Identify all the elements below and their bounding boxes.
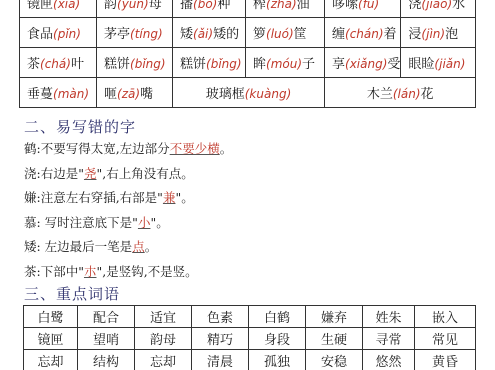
- pinyin-row: 镜匣(xiá)韵(yùn)母播(bō)种榨(zhà)油哆嗦(fū)浇(jiāo)…: [20, 0, 476, 18]
- pinyin-annotation: (tíng): [130, 27, 163, 41]
- hanzi-text: 矮: [180, 27, 193, 42]
- word-cell: 色素: [192, 306, 249, 328]
- hanzi-text: 子: [302, 57, 315, 72]
- pinyin-cell: 浸(jìn)泡: [401, 18, 476, 48]
- pinyin-annotation: (kuàng): [245, 87, 292, 101]
- hanzi-text: 咂: [104, 87, 117, 102]
- word-cell: 镜匣: [24, 328, 78, 350]
- word-cell: 忘却: [135, 350, 192, 370]
- hanzi-text: 眼睑: [408, 57, 434, 72]
- pinyin-cell: 食品(pǐn): [20, 18, 97, 48]
- word-cell: 嫌弃: [306, 306, 363, 328]
- pinyin-cell: 玻璃框(kuàng): [173, 78, 325, 108]
- pinyin-cell: 眸(móu)子: [246, 48, 325, 78]
- pinyin-annotation: (jiǎn): [434, 57, 465, 71]
- hanzi-text: 糕饼: [180, 57, 206, 72]
- highlighted-correction: 小: [138, 215, 151, 230]
- word-cell: 嵌入: [415, 306, 476, 328]
- error-note: 矮: 左边最后一笔是点。: [24, 237, 157, 255]
- section-title-key-words: 三、重点词语: [24, 283, 120, 304]
- hanzi-text: 榨: [253, 0, 266, 12]
- word-cell: 韵母: [135, 328, 192, 350]
- note-text: 。: [145, 239, 158, 254]
- hanzi-text: 筐: [294, 27, 307, 42]
- pinyin-annotation: (xiá): [53, 0, 80, 11]
- pinyin-cell: 韵(yùn)母: [97, 0, 173, 18]
- note-text: 矮: 左边最后一笔是: [24, 239, 132, 254]
- error-note: 慕: 写时注意底下是"小"。: [24, 213, 169, 231]
- pinyin-annotation: (zā): [117, 87, 140, 101]
- hanzi-text: 垂蔓: [27, 87, 53, 102]
- error-note: 茶:下部中"朩",是竖钩,不是竖。: [24, 262, 198, 280]
- word-cell: 安稳: [306, 350, 363, 370]
- pinyin-cell: 木兰(lán)花: [325, 78, 476, 108]
- hanzi-text: 茅亭: [104, 27, 130, 42]
- pinyin-cell: 浇(jiāo)水: [401, 0, 476, 18]
- hanzi-text: 食品: [27, 27, 53, 42]
- words-row: 镜匣望哨韵母精巧身段生硬寻常常见: [24, 328, 476, 350]
- pinyin-cell: 缠(chán)着: [325, 18, 401, 48]
- note-text: ",右上角没有点。: [96, 166, 193, 181]
- hanzi-text: 矮的: [213, 27, 239, 42]
- pinyin-annotation: (jiāo): [421, 0, 452, 11]
- hanzi-text: 木兰: [367, 87, 393, 102]
- pinyin-cell: 垂蔓(màn): [20, 78, 97, 108]
- word-cell: 忘却: [24, 350, 78, 370]
- pinyin-annotation: (fū): [358, 0, 379, 11]
- hanzi-text: 韵: [104, 0, 117, 12]
- note-text: 鹤:不要写得太宽,左边部分: [24, 141, 170, 156]
- pinyin-annotation: (luó): [266, 27, 294, 41]
- pinyin-annotation: (zhà): [266, 0, 297, 11]
- word-cell: 生硬: [306, 328, 363, 350]
- hanzi-text: 箩: [253, 27, 266, 42]
- hanzi-text: 眸: [253, 57, 266, 72]
- hanzi-text: 嘴: [140, 87, 153, 102]
- pinyin-cell: 榨(zhà)油: [246, 0, 325, 18]
- hanzi-text: 水: [452, 0, 465, 12]
- hanzi-text: 缠: [332, 27, 345, 42]
- pinyin-annotation: (xiǎng): [345, 57, 387, 71]
- pinyin-cell: 糕饼(bǐng): [173, 48, 246, 78]
- pinyin-annotation: (bǐng): [130, 57, 166, 71]
- word-cell: 黄昏: [415, 350, 476, 370]
- words-row: 白鹭配合适宜色素白鹤嫌弃姓朱嵌入: [24, 306, 476, 328]
- pinyin-cell: 播(bō)种: [173, 0, 246, 18]
- pinyin-cell: 茶(chá)叶: [20, 48, 97, 78]
- hanzi-text: 油: [297, 0, 310, 12]
- pinyin-cell: 享(xiǎng)受: [325, 48, 401, 78]
- hanzi-text: 泡: [445, 27, 458, 42]
- hanzi-text: 糕饼: [104, 57, 130, 72]
- highlighted-correction: 点: [132, 239, 145, 254]
- pinyin-cell: 箩(luó)筐: [246, 18, 325, 48]
- pinyin-annotation: (chá): [40, 57, 71, 71]
- hanzi-text: 哆嗦: [332, 0, 358, 12]
- pinyin-annotation: (bō): [193, 0, 217, 11]
- hanzi-text: 着: [384, 27, 397, 42]
- word-cell: 配合: [78, 306, 135, 328]
- note-text: 。: [220, 141, 233, 156]
- pinyin-annotation: (lán): [393, 87, 421, 101]
- note-text: 嫌:注意左右穿插,右部是": [24, 190, 163, 205]
- pinyin-annotation: (ǎi): [193, 27, 213, 41]
- note-text: "。: [150, 215, 168, 230]
- hanzi-text: 母: [149, 0, 162, 12]
- key-words-table: 白鹭配合适宜色素白鹤嫌弃姓朱嵌入镜匣望哨韵母精巧身段生硬寻常常见忘却结构忘却清晨…: [23, 305, 476, 370]
- pinyin-annotation: (màn): [53, 87, 89, 101]
- word-cell: 孤独: [249, 350, 306, 370]
- hanzi-text: 受: [387, 57, 400, 72]
- word-cell: 身段: [249, 328, 306, 350]
- note-text: ",是竖钩,不是竖。: [96, 264, 197, 279]
- hanzi-text: 浇: [408, 0, 421, 12]
- pinyin-cell: 眼睑(jiǎn): [401, 48, 476, 78]
- note-text: "。: [175, 190, 193, 205]
- hanzi-text: 茶: [27, 57, 40, 72]
- word-cell: 姓朱: [363, 306, 415, 328]
- word-cell: 结构: [78, 350, 135, 370]
- note-text: 慕: 写时注意底下是": [24, 215, 138, 230]
- pinyin-cell: 哆嗦(fū): [325, 0, 401, 18]
- word-cell: 白鹭: [24, 306, 78, 328]
- pinyin-annotation: (móu): [266, 57, 302, 71]
- pinyin-row: 茶(chá)叶糕饼(bǐng)糕饼(bǐng)眸(móu)子享(xiǎng)受眼…: [20, 48, 476, 78]
- word-cell: 悠然: [363, 350, 415, 370]
- pinyin-annotation: (chán): [345, 27, 384, 41]
- word-cell: 清晨: [192, 350, 249, 370]
- words-row: 忘却结构忘却清晨孤独安稳悠然黄昏: [24, 350, 476, 370]
- pinyin-cell: 茅亭(tíng): [97, 18, 173, 48]
- pinyin-cell: 镜匣(xiá): [20, 0, 97, 18]
- hanzi-text: 叶: [71, 57, 84, 72]
- hanzi-text: 浸: [408, 27, 421, 42]
- section-title-error-prone: 二、易写错的字: [24, 116, 136, 137]
- hanzi-text: 花: [421, 87, 434, 102]
- pinyin-row: 垂蔓(màn)咂(zā)嘴玻璃框(kuàng)木兰(lán)花: [20, 78, 476, 108]
- pinyin-cell: 糕饼(bǐng): [97, 48, 173, 78]
- highlighted-correction: 尧: [84, 166, 97, 181]
- highlighted-correction: 朩: [84, 264, 97, 279]
- error-note: 浇:右边是"尧",右上角没有点。: [24, 164, 194, 182]
- hanzi-text: 玻璃框: [206, 87, 245, 102]
- highlighted-correction: 兼: [163, 190, 176, 205]
- highlighted-correction: 不要少横: [170, 141, 220, 156]
- pinyin-annotation: (pǐn): [53, 27, 81, 41]
- error-note: 鹤:不要写得太宽,左边部分不要少横。: [24, 139, 232, 157]
- word-cell: 适宜: [135, 306, 192, 328]
- error-note: 嫌:注意左右穿插,右部是"兼"。: [24, 188, 194, 206]
- pinyin-annotation: (bǐng): [206, 57, 242, 71]
- word-cell: 望哨: [78, 328, 135, 350]
- pinyin-annotation: (yùn): [117, 0, 149, 11]
- pinyin-table: 镜匣(xiá)韵(yùn)母播(bō)种榨(zhà)油哆嗦(fū)浇(jiāo)…: [19, 0, 476, 108]
- hanzi-text: 享: [332, 57, 345, 72]
- word-cell: 常见: [415, 328, 476, 350]
- pinyin-cell: 咂(zā)嘴: [97, 78, 173, 108]
- word-cell: 精巧: [192, 328, 249, 350]
- note-text: 浇:右边是": [24, 166, 84, 181]
- pinyin-cell: 矮(ǎi)矮的: [173, 18, 246, 48]
- pinyin-annotation: (jìn): [421, 27, 445, 41]
- hanzi-text: 镜匣: [27, 0, 53, 12]
- pinyin-row: 食品(pǐn)茅亭(tíng)矮(ǎi)矮的箩(luó)筐缠(chán)着浸(j…: [20, 18, 476, 48]
- word-cell: 白鹤: [249, 306, 306, 328]
- word-cell: 寻常: [363, 328, 415, 350]
- hanzi-text: 播: [180, 0, 193, 12]
- note-text: 茶:下部中": [24, 264, 84, 279]
- hanzi-text: 种: [217, 0, 230, 12]
